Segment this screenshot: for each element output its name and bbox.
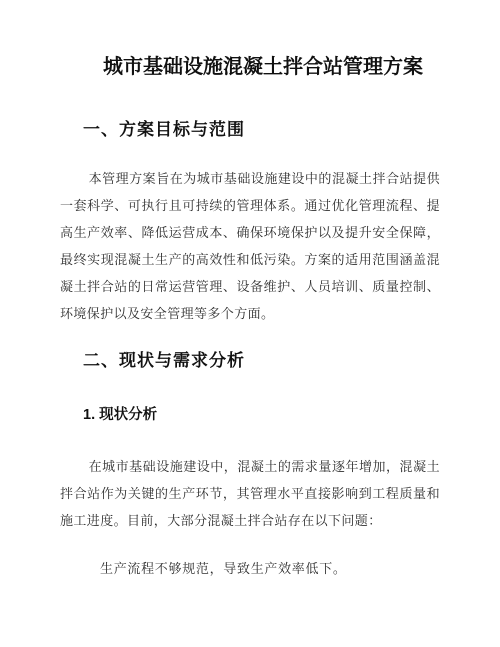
section-2-paragraph: 在城市基础设施建设中，混凝土的需求量逐年增加，混凝土拌合站作为关键的生产环节，其… (60, 453, 440, 534)
section-1-heading: 一、方案目标与范围 (83, 118, 440, 142)
section-2-heading: 二、现状与需求分析 (83, 349, 440, 373)
section-1-paragraph: 本管理方案旨在为城市基础设施建设中的混凝土拌合站提供一套科学、可执行且可持续的管… (60, 165, 440, 327)
document-title: 城市基础设施混凝土拌合站管理方案 (73, 52, 453, 82)
document-page: 城市基础设施混凝土拌合站管理方案 一、方案目标与范围 本管理方案旨在为城市基础设… (0, 0, 500, 647)
list-item: 生产流程不够规范，导致生产效率低下。 (100, 555, 440, 582)
subsection-1-heading: 1. 现状分析 (83, 405, 440, 425)
